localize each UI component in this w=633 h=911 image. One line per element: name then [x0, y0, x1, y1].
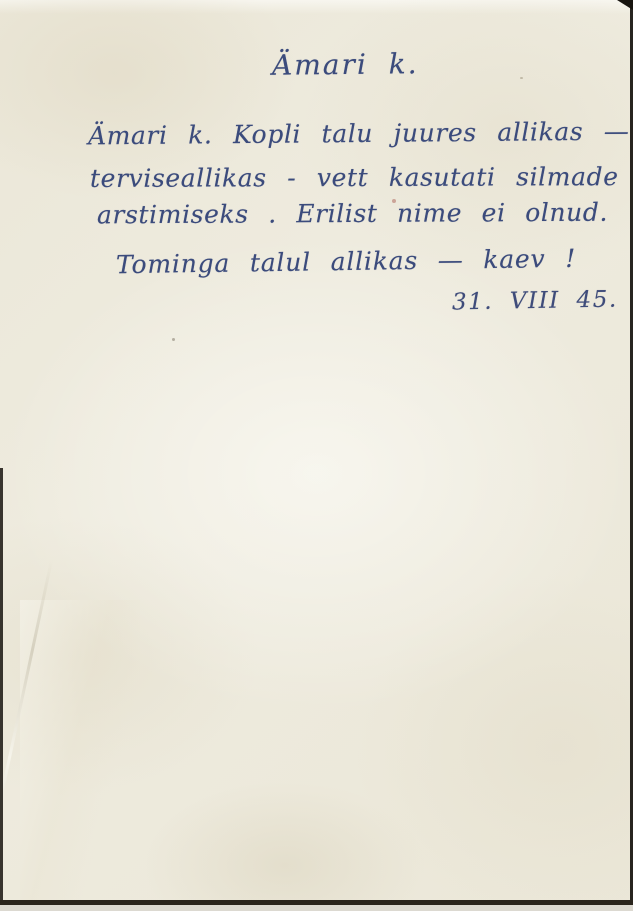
paper-crease-highlight: [20, 600, 140, 911]
document-date: 31. VIII 45.: [452, 287, 618, 316]
paper-speck: [392, 199, 396, 203]
handwritten-line-4: Tominga talul allikas — kaev !: [116, 244, 576, 279]
scan-bottom-strip: [0, 905, 633, 911]
document-title: Ämari k.: [272, 47, 419, 82]
handwritten-line-1: Ämari k. Kopli talu juures allikas —: [88, 117, 630, 151]
handwritten-line-3: arstimiseks . Erilist nime ei olnud.: [97, 198, 608, 230]
handwritten-line-2: terviseallikas - vett kasutati silmade: [90, 162, 619, 193]
paper-speck: [520, 77, 523, 79]
scan-edge-left: [0, 468, 3, 911]
scan-corner-notch: [617, 0, 633, 10]
scanned-document-page: Ämari k. Ämari k. Kopli talu juures alli…: [0, 0, 633, 911]
paper-speck: [172, 338, 175, 341]
